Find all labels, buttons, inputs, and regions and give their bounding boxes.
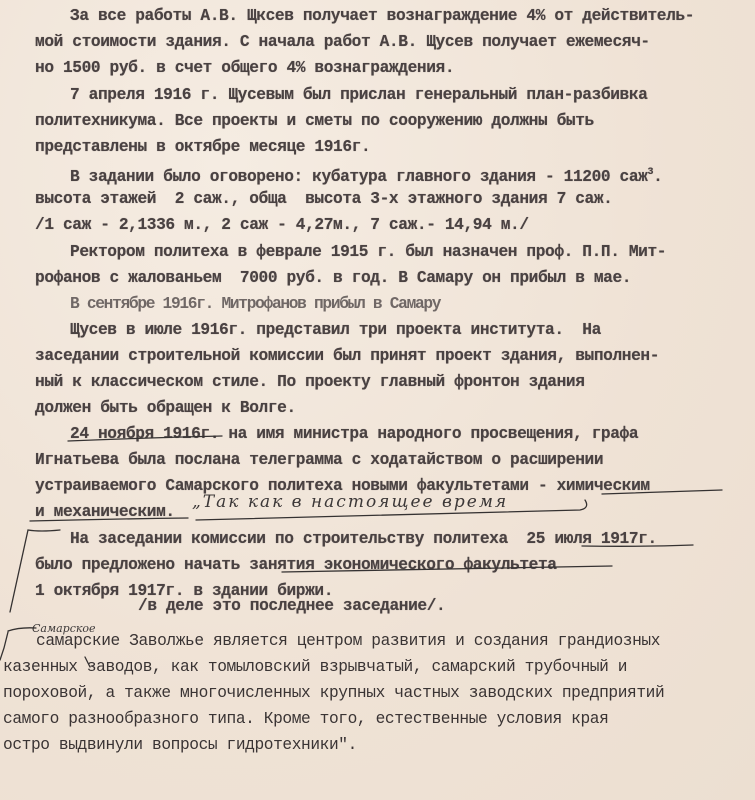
- underline-mark: [68, 436, 222, 441]
- pen-markings: [0, 0, 755, 800]
